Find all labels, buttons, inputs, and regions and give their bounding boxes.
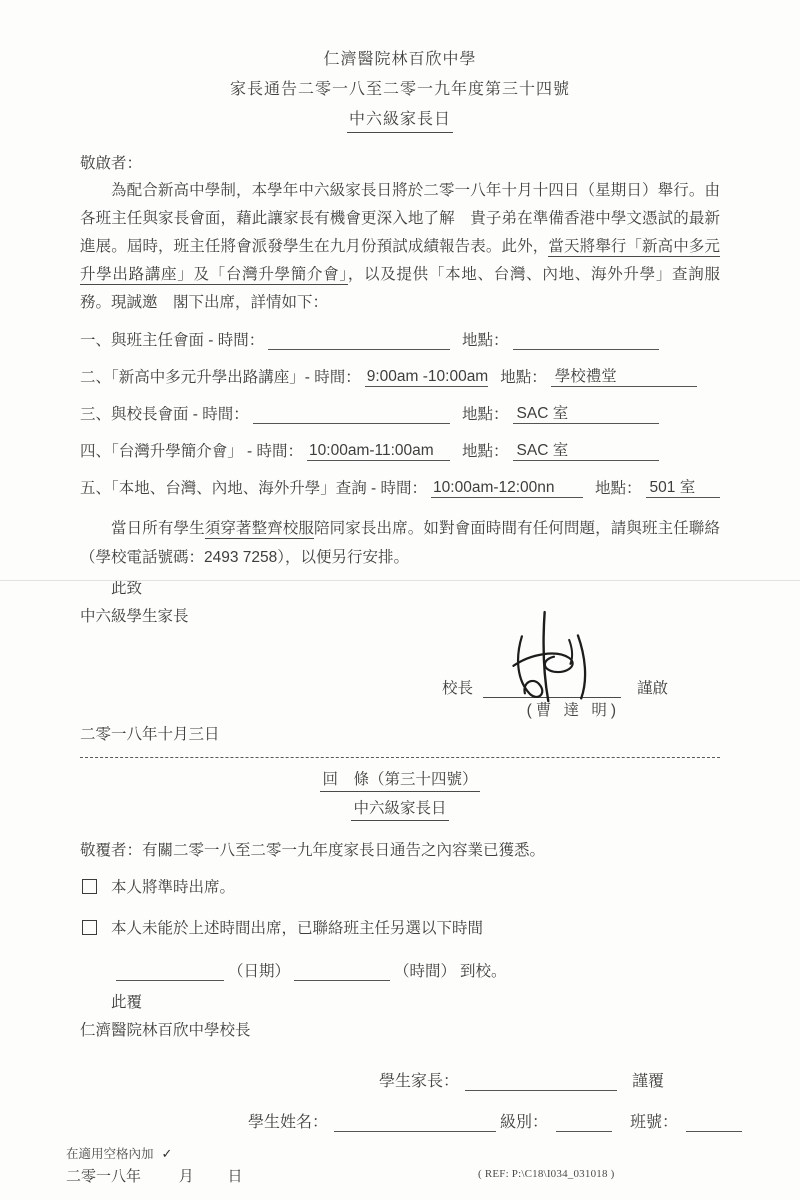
reschedule-fill-row: （日期） （時間） 到校。 (80, 959, 720, 981)
class-number-label: 班號： (630, 1109, 678, 1132)
principal-label: 校長 (442, 676, 473, 698)
parent-signature-blank[interactable] (465, 1071, 617, 1091)
sign-off-label: 謹啟 (637, 676, 668, 698)
footer-row: 二零一八年 月 日 ( REF: P:\C18\I034_031018 ) (66, 1165, 720, 1187)
attend-option-label: 本人將準時出席。 (111, 875, 235, 897)
class-blank[interactable] (556, 1112, 612, 1132)
school-name: 仁濟醫院林百欣中學 (80, 46, 720, 69)
parent-sign-off: 謹覆 (632, 1068, 664, 1091)
place-group: 地點： SAC 室 (462, 439, 720, 461)
schedule-item-label: 五、「本地、台灣、內地、海外升學」查詢 - 時間： (80, 476, 427, 498)
schedule-row-2: 二、「新高中多元升學出路講座」- 時間： 9:00am -10:00am 地點：… (80, 366, 720, 387)
schedule-row-3: 三、與校長會面 - 時間： 地點： SAC 室 (80, 403, 720, 424)
option-attend-row: 本人將準時出席。 (80, 875, 720, 897)
schedule-item-label: 一、與班主任會面 - 時間： (80, 328, 264, 350)
signature-row: 校長 謹啟 (442, 676, 668, 698)
reply-closing: 此覆 (80, 990, 720, 1012)
place-label: 地點： (595, 476, 642, 498)
student-name-label: 學生姓名： (248, 1109, 328, 1132)
footnote-text: 在適用空格內加 (66, 1147, 154, 1161)
place-label: 地點： (462, 328, 509, 350)
salutation: 敬啟者： (80, 151, 720, 173)
footer-year: 二零一八年 (66, 1169, 141, 1185)
principal-name: (曹 達 明) (527, 698, 620, 720)
time-fill-label: （時間） (394, 959, 456, 981)
reschedule-option-label: 本人未能於上述時間出席，已聯絡班主任另選以下時間 (111, 916, 483, 938)
principal-signature-icon (487, 606, 610, 708)
place-label: 地點： (462, 402, 509, 424)
reply-salutation: 敬覆者：有關二零一八至二零一九年度家長日通告之內容業已獲悉。 (80, 838, 720, 860)
time-fill-blank[interactable] (268, 330, 450, 350)
schedule-row-4: 四、「台灣升學簡介會」 - 時間： 10:00am-11:00am 地點： SA… (80, 440, 720, 461)
time-fill-blank[interactable] (253, 404, 450, 424)
arrive-suffix: 到校。 (460, 959, 507, 981)
cut-line (80, 757, 720, 758)
place-fill-blank[interactable] (513, 330, 659, 350)
attend-checkbox[interactable] (82, 879, 97, 894)
option-reschedule-row: 本人未能於上述時間出席，已聯絡班主任另選以下時間 (80, 916, 720, 938)
time-fill-blank[interactable] (294, 961, 390, 981)
place-fill-blank[interactable]: 學校禮堂 (551, 367, 697, 387)
class-label: 級別： (500, 1109, 548, 1132)
date-fill-label: （日期） (228, 959, 290, 981)
footer-month: 月 (179, 1169, 194, 1185)
uniform-text-before: 當日所有學生 (111, 520, 205, 537)
time-fill-blank[interactable]: 10:00am-11:00am (307, 441, 450, 461)
place-group: 地點： 501 室 (595, 476, 720, 498)
time-fill-blank[interactable]: 10:00am-12:00nn (431, 478, 583, 498)
signature-line (483, 676, 621, 698)
place-fill-blank[interactable]: 501 室 (646, 478, 720, 498)
date-fill-blank[interactable] (116, 961, 224, 981)
uniform-text-underlined: 須穿著整齊校服 (205, 520, 314, 539)
intro-paragraph: 為配合新高中學制，本學年中六級家長日將於二零一八年十月十四日（星期日）舉行。由各… (80, 177, 720, 317)
reference-code: ( REF: P:\C18\I034_031018 ) (478, 1168, 615, 1180)
place-label: 地點： (500, 365, 547, 387)
parent-signature-label: 學生家長： (379, 1068, 459, 1091)
letter-addressee: 中六級學生家長 (80, 604, 720, 626)
notice-document: 仁濟醫院林百欣中學 家長通告二零一八至二零一九年度第三十四號 中六級家長日 敬啟… (0, 0, 800, 1200)
uniform-paragraph: 當日所有學生須穿著整齊校服陪同家長出席。如對會面時間有任何問題，請與班主任聯絡（… (80, 514, 720, 572)
reply-slip-title: 回 條（第三十四號） (80, 767, 720, 789)
place-fill-blank[interactable]: SAC 室 (513, 441, 659, 461)
student-name-blank[interactable] (334, 1112, 496, 1132)
schedule-item-label: 四、「台灣升學簡介會」 - 時間： (80, 439, 303, 461)
signature-block: 校長 謹啟 (曹 達 明) (80, 634, 720, 718)
notice-date: 二零一八年十月三日 (80, 722, 720, 744)
place-group: 地點： (462, 328, 720, 350)
reply-addressee: 仁濟醫院林百欣中學校長 (80, 1018, 720, 1040)
schedule-row-1: 一、與班主任會面 - 時間： 地點： (80, 329, 720, 350)
scan-artifact-line (0, 580, 800, 581)
place-group: 地點： SAC 室 (462, 402, 720, 424)
footnote: 在適用空格內加✓ (66, 1144, 720, 1162)
schedule-list: 一、與班主任會面 - 時間： 地點： 二、「新高中多元升學出路講座」- 時間： … (80, 329, 720, 498)
reply-slip-subject: 中六級家長日 (80, 796, 720, 818)
place-label: 地點： (462, 439, 509, 461)
place-fill-blank[interactable]: SAC 室 (513, 404, 659, 424)
reschedule-checkbox[interactable] (82, 920, 97, 935)
schedule-row-5: 五、「本地、台灣、內地、海外升學」查詢 - 時間： 10:00am-12:00n… (80, 477, 720, 498)
place-group: 地點： 學校禮堂 (500, 365, 758, 387)
time-fill-blank[interactable]: 9:00am -10:00am (365, 367, 489, 387)
schedule-item-label: 三、與校長會面 - 時間： (80, 402, 249, 424)
notice-number: 家長通告二零一八至二零一九年度第三十四號 (80, 76, 720, 99)
notice-subject: 中六級家長日 (347, 106, 453, 133)
class-number-blank[interactable] (686, 1112, 742, 1132)
parent-signature-row: 學生家長： 謹覆 (80, 1068, 720, 1091)
student-info-row: 學生姓名： 級別： 班號： (80, 1109, 720, 1132)
schedule-item-label: 二、「新高中多元升學出路講座」- 時間： (80, 365, 361, 387)
checkmark-icon: ✓ (162, 1146, 173, 1161)
footer-day: 日 (228, 1169, 243, 1185)
